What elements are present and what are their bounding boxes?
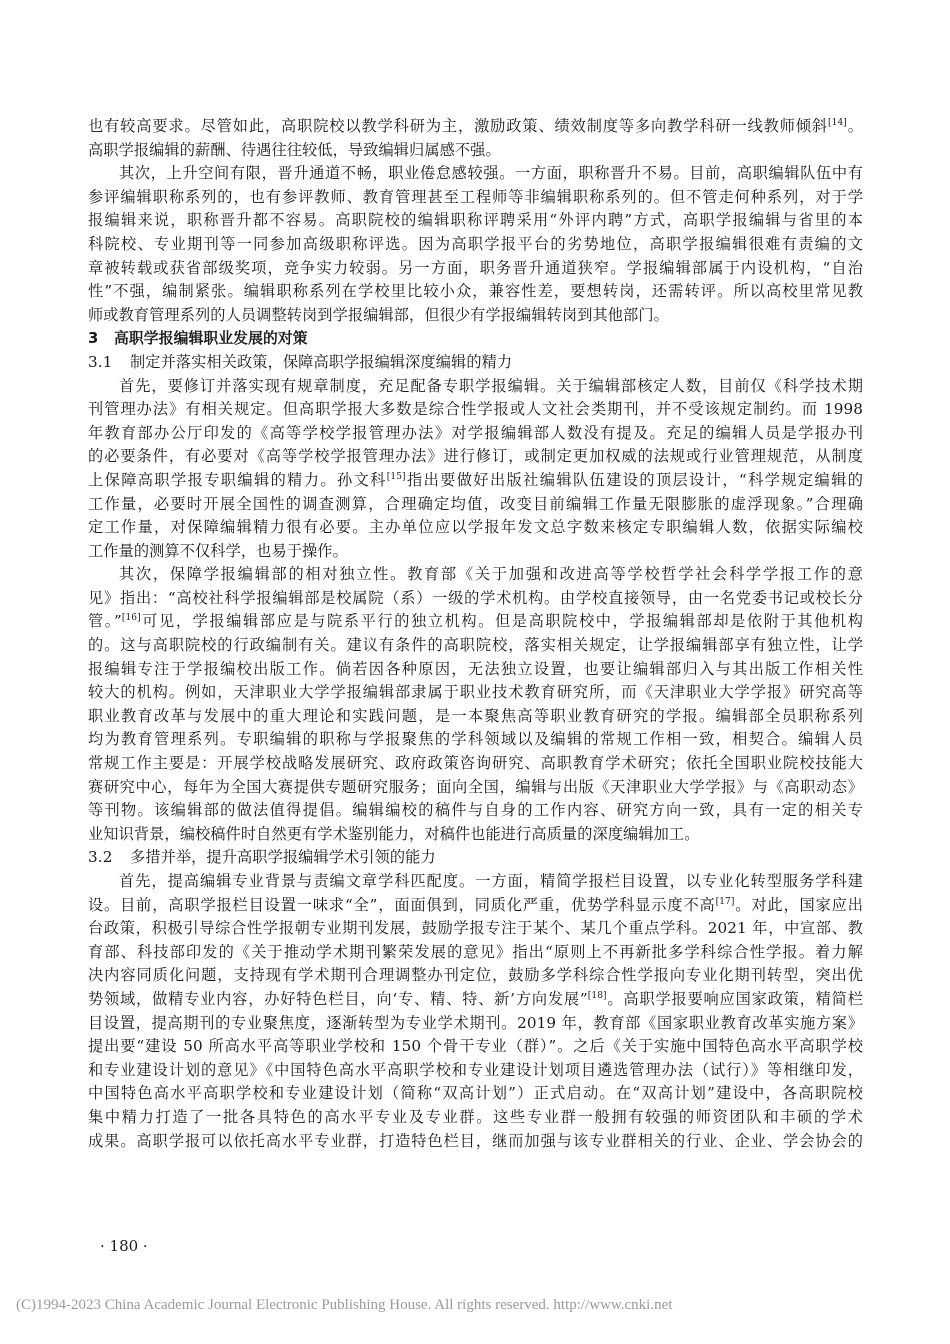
text-line: 报编辑来说，职称晋升都不容易。高职院校的编辑职称评聘采用“外评内聘”方式，高职学…: [88, 209, 863, 233]
text-line: 常规工作主要是：开展学校战略发展研究、政府政策咨询研究、高职教育学术研究；依托全…: [88, 752, 863, 776]
line-text: 势领域，做精专业内容，办好特色栏目，向‘专、精、特、新’方向发展”: [88, 990, 588, 1008]
citation-reference: [18]: [588, 991, 607, 1001]
line-text: 提出要“建设 50 所高水平高等职业学校和 150 个骨干专业（群）”。之后《关…: [88, 1037, 863, 1055]
citation-reference: [14]: [828, 118, 847, 128]
copyright-footer: (C)1994-2023 China Academic Journal Elec…: [16, 1297, 672, 1314]
line-text-continued: 。: [847, 117, 863, 135]
text-line: 工作量，必要时开展全国性的调查测算，合理确定均值，改变目前编辑工作量无限膨胀的虚…: [88, 493, 863, 517]
text-line: 其次，保障学报编辑部的相对独立性。教育部《关于加强和改进高等学校哲学社会科学学报…: [88, 563, 863, 587]
text-line: 职业教育改革与发展中的重大理论和实践问题，是一本聚焦高等职业教育研究的学报。编辑…: [88, 705, 863, 729]
text-line: 成果。高职学报可以依托高水平专业群，打造特色栏目，继而加强与该专业群相关的行业、…: [88, 1130, 863, 1154]
line-text: 业知识背景，编校稿件时自然更有学术鉴别能力，对稿件也能进行高质量的深度编辑加工。: [88, 825, 700, 843]
subsection-number: 3.2: [88, 846, 130, 870]
text-line: 设。目前，高职学报栏目设置一味求“全”，面面俱到，同质化严重，优势学科显示度不高…: [88, 894, 863, 918]
text-line: 育部、科技部印发的《关于推动学术期刊繁荣发展的意见》指出“原则上不再新批多学科综…: [88, 941, 863, 965]
text-line: 中国特色高水平高职学校和专业建设计划（简称“双高计划”）正式启动。在“双高计划”…: [88, 1082, 863, 1106]
line-text-continued: 可见，学报编辑部应是与院系平行的独立机构。但是高职院校中，学报编辑部却是依附于其…: [141, 612, 863, 630]
text-line: 目设置，提高期刊的专业聚焦度，逐渐转型为专业学术期刊。2019 年，教育部《国家…: [88, 1012, 863, 1036]
text-line: 管。”[16]可见，学报编辑部应是与院系平行的独立机构。但是高职院校中，学报编辑…: [88, 610, 863, 634]
subsection-number: 3.1: [88, 351, 130, 375]
line-text: 科院校、专业期刊等一同参加高级职称评选。因为高职学报平台的劣势地位，高职学报编辑…: [88, 235, 863, 253]
text-line: 赛研究中心，每年为全国大赛提供专题研究服务；面向全国，编辑与出版《天津职业大学学…: [88, 776, 863, 800]
text-line: 均为教育管理系列。专职编辑的职称与学报聚焦的学科领域以及编辑的常规工作相一致，相…: [88, 728, 863, 752]
line-text: 定工作量，对保障编辑精力很有必要。主办单位应以学报年发文总字数来核定专职编辑人数…: [88, 518, 863, 536]
subsection-title: 制定并落实相关政策，保障高职学报编辑深度编辑的精力: [130, 353, 512, 371]
text-line: 决内容同质化问题，支持现有学术期刊合理调整办刊定位，鼓励多学科综合性学报向专业化…: [88, 964, 863, 988]
subsection-heading-3-2: 3.2多措并举，提升高职学报编辑学术引领的能力: [88, 846, 863, 870]
article-body: 也有较高要求。尽管如此，高职院校以教学科研为主，激励政策、绩效制度等多向教学科研…: [88, 115, 863, 1153]
text-line: 的必要条件，有必要对《高等学校学报管理办法》进行修订，或制定更加权威的法规或行业…: [88, 445, 863, 469]
line-text-continued: 指出要做好出版社编辑队伍建设的顶层设计，“科学规定编辑的: [406, 471, 863, 489]
line-text: 工作量的测算不仅科学，也易于操作。: [88, 542, 348, 560]
paragraph-block-3-1: 首先，要修订并落实现有规章制度，充足配备专职学报编辑。关于编辑部核定人数，目前仅…: [88, 375, 863, 847]
line-text: 首先，要修订并落实现有规章制度，充足配备专职学报编辑。关于编辑部核定人数，目前仅…: [119, 377, 863, 395]
line-text: 目设置，提高期刊的专业聚焦度，逐渐转型为专业学术期刊。2019 年，教育部《国家…: [88, 1014, 863, 1032]
line-text: 等刊物。该编辑部的做法值得提倡。编辑编校的稿件与自身的工作内容、研究方向一致，具…: [88, 801, 863, 819]
text-line: 业知识背景，编校稿件时自然更有学术鉴别能力，对稿件也能进行高质量的深度编辑加工。: [88, 823, 863, 847]
citation-reference: [17]: [716, 897, 735, 907]
text-line: 年教育部办公厅印发的《高等学校学报管理办法》对学报编辑部人数没有提及。充足的编辑…: [88, 422, 863, 446]
line-text: 工作量，必要时开展全国性的调查测算，合理确定均值，改变目前编辑工作量无限膨胀的虚…: [88, 495, 863, 513]
line-text: 章被转载或获省部级奖项，竞争实力较弱。另一方面，职务晋升通道狭窄。学报编辑部属于…: [88, 259, 863, 277]
section-number: 3: [88, 327, 114, 351]
paragraph-block-3-2: 首先，提高编辑专业背景与责编文章学科匹配度。一方面，精简学报栏目设置，以专业化转…: [88, 870, 863, 1153]
line-text: 也有较高要求。尽管如此，高职院校以教学科研为主，激励政策、绩效制度等多向教学科研…: [88, 117, 828, 135]
section-title: 高职学报编辑职业发展的对策: [114, 330, 308, 347]
text-line: 也有较高要求。尽管如此，高职院校以教学科研为主，激励政策、绩效制度等多向教学科研…: [88, 115, 863, 139]
line-text: 高职学报编辑的薪酬、待遇往往较低，导致编辑归属感不强。: [88, 141, 501, 159]
text-line: 其次，上升空间有限，晋升通道不畅，职业倦怠感较强。一方面，职称晋升不易。目前，高…: [88, 162, 863, 186]
text-line: 势领域，做精专业内容，办好特色栏目，向‘专、精、特、新’方向发展”[18]。高职…: [88, 988, 863, 1012]
line-text: 常规工作主要是：开展学校战略发展研究、政府政策咨询研究、高职教育学术研究；依托全…: [88, 754, 863, 772]
text-line: 的。这与高职院校的行政编制有关。建议有条件的高职院校，落实相关规定，让学报编辑部…: [88, 634, 863, 658]
text-line: 首先，提高编辑专业背景与责编文章学科匹配度。一方面，精简学报栏目设置，以专业化转…: [88, 870, 863, 894]
line-text: 育部、科技部印发的《关于推动学术期刊繁荣发展的意见》指出“原则上不再新批多学科综…: [88, 943, 863, 961]
line-text: 的。这与高职院校的行政编制有关。建议有条件的高职院校，落实相关规定，让学报编辑部…: [88, 636, 863, 654]
line-text: 性”不强，编制紧张。编辑职称系列在学校里比较小众，兼容性差，要想转岗，还需转评。…: [88, 282, 863, 300]
line-text: 刊管理办法》有相关规定。但高职学报大多数是综合性学报或人文社会类期刊，并不受该规…: [88, 400, 863, 418]
line-text: 的必要条件，有必要对《高等学校学报管理办法》进行修订，或制定更加权威的法规或行业…: [88, 447, 863, 465]
text-line: 工作量的测算不仅科学，也易于操作。: [88, 540, 863, 564]
line-text: 均为教育管理系列。专职编辑的职称与学报聚焦的学科领域以及编辑的常规工作相一致，相…: [88, 730, 863, 748]
citation-reference: [15]: [387, 472, 406, 482]
line-text-continued: 。高职学报要响应国家政策，精简栏: [607, 990, 863, 1008]
text-line: 报编辑专注于学报编校出版工作。倘若因各种原因，无法独立设置，也要让编辑部归入与其…: [88, 658, 863, 682]
line-text: 中国特色高水平高职学校和专业建设计划（简称“双高计划”）正式启动。在“双高计划”…: [88, 1084, 863, 1102]
text-line: 章被转载或获省部级奖项，竞争实力较弱。另一方面，职务晋升通道狭窄。学报编辑部属于…: [88, 257, 863, 281]
line-text: 管。”: [88, 612, 122, 630]
text-line: 性”不强，编制紧张。编辑职称系列在学校里比较小众，兼容性差，要想转岗，还需转评。…: [88, 280, 863, 304]
line-text: 其次，上升空间有限，晋升通道不畅，职业倦怠感较强。一方面，职称晋升不易。目前，高…: [119, 164, 863, 182]
line-text: 首先，提高编辑专业背景与责编文章学科匹配度。一方面，精简学报栏目设置，以专业化转…: [119, 872, 863, 890]
line-text: 决内容同质化问题，支持现有学术期刊合理调整办刊定位，鼓励多学科综合性学报向专业化…: [88, 966, 863, 984]
line-text: 和专业建设计划的意见》《中国特色高水平高职学校和专业建设计划项目遴选管理办法（试…: [88, 1061, 863, 1079]
line-text: 报编辑来说，职称晋升都不容易。高职院校的编辑职称评聘采用“外评内聘”方式，高职学…: [88, 211, 863, 229]
line-text: 上保障高职学报专职编辑的精力。孙文科: [88, 471, 387, 489]
line-text: 其次，保障学报编辑部的相对独立性。教育部《关于加强和改进高等学校哲学社会科学学报…: [119, 565, 863, 583]
text-line: 见》指出：“高校社科学报编辑部是校属院（系）一级的学术机构。由学校直接领导，由一…: [88, 587, 863, 611]
text-line: 高职学报编辑的薪酬、待遇往往较低，导致编辑归属感不强。: [88, 139, 863, 163]
line-text: 赛研究中心，每年为全国大赛提供专题研究服务；面向全国，编辑与出版《天津职业大学学…: [88, 778, 863, 796]
line-text: 参评编辑职称系列的，也有参评教师、教育管理甚至工程师等非编辑职称系列的。但不管走…: [88, 188, 863, 206]
subsection-heading-3-1: 3.1制定并落实相关政策，保障高职学报编辑深度编辑的精力: [88, 351, 863, 375]
text-line: 等刊物。该编辑部的做法值得提倡。编辑编校的稿件与自身的工作内容、研究方向一致，具…: [88, 799, 863, 823]
line-text: 见》指出：“高校社科学报编辑部是校属院（系）一级的学术机构。由学校直接领导，由一…: [88, 589, 863, 607]
text-line: 较大的机构。例如，天津职业大学学报编辑部隶属于职业技术教育研究所，而《天津职业大…: [88, 681, 863, 705]
text-line: 刊管理办法》有相关规定。但高职学报大多数是综合性学报或人文社会类期刊，并不受该规…: [88, 398, 863, 422]
text-line: 和专业建设计划的意见》《中国特色高水平高职学校和专业建设计划项目遴选管理办法（试…: [88, 1059, 863, 1083]
text-line: 定工作量，对保障编辑精力很有必要。主办单位应以学报年发文总字数来核定专职编辑人数…: [88, 516, 863, 540]
line-text: 报编辑专注于学报编校出版工作。倘若因各种原因，无法独立设置，也要让编辑部归入与其…: [88, 660, 863, 678]
line-text: 设。目前，高职学报栏目设置一味求“全”，面面俱到，同质化严重，优势学科显示度不高: [88, 896, 716, 914]
text-line: 参评编辑职称系列的，也有参评教师、教育管理甚至工程师等非编辑职称系列的。但不管走…: [88, 186, 863, 210]
paragraph-block-intro: 也有较高要求。尽管如此，高职院校以教学科研为主，激励政策、绩效制度等多向教学科研…: [88, 115, 863, 327]
text-line: 提出要“建设 50 所高水平高等职业学校和 150 个骨干专业（群）”。之后《关…: [88, 1035, 863, 1059]
section-heading-3: 3高职学报编辑职业发展的对策: [88, 327, 863, 351]
page-number: · 180 ·: [100, 1237, 148, 1255]
line-text: 师或教育管理系列的人员调整转岗到学报编辑部，但很少有学报编辑转岗到其他部门。: [88, 306, 669, 324]
line-text: 台政策，积极引导综合性学报朝专业期刊发展，鼓励学报专注于某个、某几个重点学科。2…: [88, 919, 863, 937]
text-line: 上保障高职学报专职编辑的精力。孙文科[15]指出要做好出版社编辑队伍建设的顶层设…: [88, 469, 863, 493]
text-line: 科院校、专业期刊等一同参加高级职称评选。因为高职学报平台的劣势地位，高职学报编辑…: [88, 233, 863, 257]
text-line: 集中精力打造了一批各具特色的高水平专业及专业群。这些专业群一般拥有较强的师资团队…: [88, 1106, 863, 1130]
text-line: 台政策，积极引导综合性学报朝专业期刊发展，鼓励学报专注于某个、某几个重点学科。2…: [88, 917, 863, 941]
citation-reference: [16]: [122, 613, 141, 623]
line-text: 集中精力打造了一批各具特色的高水平专业及专业群。这些专业群一般拥有较强的师资团队…: [88, 1108, 863, 1126]
line-text: 职业教育改革与发展中的重大理论和实践问题，是一本聚焦高等职业教育研究的学报。编辑…: [88, 707, 863, 725]
line-text: 成果。高职学报可以依托高水平专业群，打造特色栏目，继而加强与该专业群相关的行业、…: [88, 1132, 863, 1150]
line-text-continued: 。对此，国家应出: [735, 896, 864, 914]
line-text: 年教育部办公厅印发的《高等学校学报管理办法》对学报编辑部人数没有提及。充足的编辑…: [88, 424, 863, 442]
subsection-title: 多措并举，提升高职学报编辑学术引领的能力: [130, 848, 436, 866]
text-line: 首先，要修订并落实现有规章制度，充足配备专职学报编辑。关于编辑部核定人数，目前仅…: [88, 375, 863, 399]
text-line: 师或教育管理系列的人员调整转岗到学报编辑部，但很少有学报编辑转岗到其他部门。: [88, 304, 863, 328]
line-text: 较大的机构。例如，天津职业大学学报编辑部隶属于职业技术教育研究所，而《天津职业大…: [88, 683, 863, 701]
